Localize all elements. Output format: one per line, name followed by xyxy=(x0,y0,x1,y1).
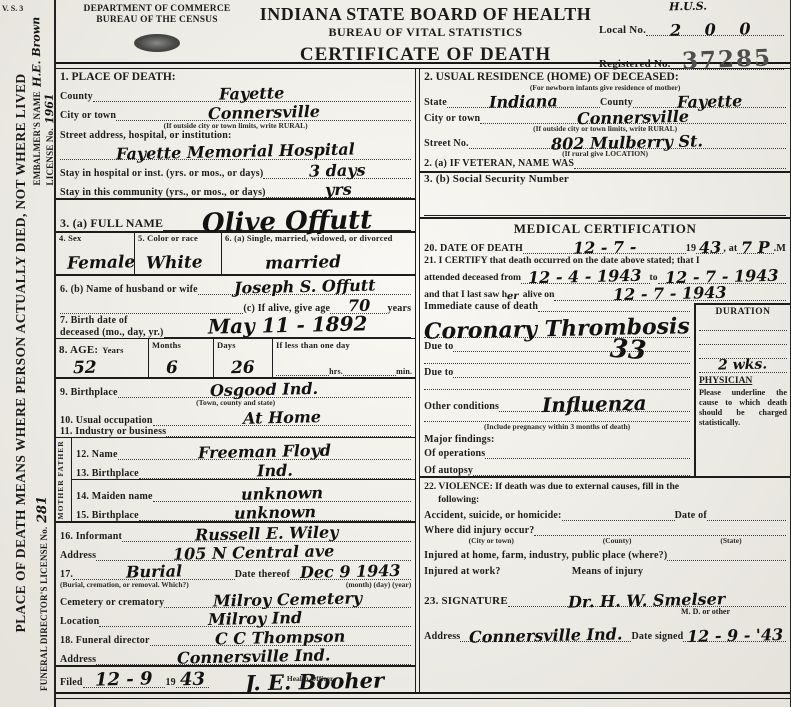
pregnancy-note: (Include pregnancy within 3 months of de… xyxy=(420,422,694,431)
form-body: 1. PLACE OF DEATH: County Fayette City o… xyxy=(56,69,790,692)
violence-title-a: 22. VIOLENCE: If death was due to extern… xyxy=(420,478,790,493)
code-scribble: 33 xyxy=(609,338,647,364)
age-months-cell: Months 6 xyxy=(149,339,214,377)
residence-street-row: Street No. 802 Mulberry St. xyxy=(420,133,790,149)
alive-units: years xyxy=(387,303,411,314)
director-row: 18. Funeral director C C Thompson xyxy=(56,627,415,646)
residence-city-value: Connersville xyxy=(577,110,689,127)
other-conditions-row: Other conditions Influenza xyxy=(420,390,694,412)
birthplace-label: 9. Birthplace xyxy=(60,387,118,398)
signature-label: 23. SIGNATURE xyxy=(424,595,508,607)
age-years-label: Years xyxy=(102,345,123,355)
dod-m-label: .M xyxy=(774,243,786,254)
burial-type-note: (Burial, cremation, or removal. Which?) xyxy=(60,580,189,589)
where-note-state: (State) xyxy=(720,536,741,545)
duration-other-value: 2 wks. xyxy=(699,359,787,373)
embalmer-name-line: EMBALMER'S NAME H.E. Brown xyxy=(30,17,43,185)
lastsaw-label-a: and that I last saw h xyxy=(424,288,507,301)
certificate-form: DEPARTMENT OF COMMERCE BUREAU OF THE CEN… xyxy=(54,0,791,707)
left-column: 1. PLACE OF DEATH: County Fayette City o… xyxy=(56,69,415,692)
filed-year-prefix: 19 xyxy=(165,677,175,688)
place-of-death-title: 1. PLACE OF DEATH: xyxy=(56,69,415,83)
cause-fields: Immediate cause of death Coronary Thromb… xyxy=(420,301,694,476)
operations-label: Of operations xyxy=(424,448,485,459)
local-no-value: 2 0 0 xyxy=(670,22,760,38)
parents-side-labels: FATHER MOTHER xyxy=(56,438,72,521)
duration-line-1 xyxy=(699,317,787,331)
age-years-cell: 8. AGE: Years 52 xyxy=(56,339,149,377)
cemetery-row: Cemetery or crematory Milroy Cemetery xyxy=(56,589,415,608)
informant-address-value: 105 N Central ave xyxy=(173,544,335,562)
due1-line2 xyxy=(420,352,694,364)
fd-license-label: FUNERAL DIRECTOR'S LICENSE No. xyxy=(39,527,49,691)
burial-row: 17. Burial Date thereof Dec 9 1943 xyxy=(56,561,415,580)
means-label: Means of injury xyxy=(572,566,643,577)
full-name-label: 3. (a) FULL NAME xyxy=(60,216,163,231)
filed-label: Filed xyxy=(60,677,83,688)
cemetery-label: Cemetery or crematory xyxy=(60,597,164,608)
local-no-label: Local No. xyxy=(599,24,646,36)
duration-line-2 xyxy=(699,331,787,345)
residence-street-value: 802 Mulberry St. xyxy=(551,134,703,152)
lastsaw-pronoun: er xyxy=(507,292,519,301)
county-value: Fayette xyxy=(219,86,285,102)
cause-label-row: Immediate cause of death xyxy=(420,301,694,312)
findings-row: Major findings: xyxy=(420,431,694,445)
father-side-label: FATHER xyxy=(56,438,71,480)
bureau-title: BUREAU OF VITAL STATISTICS xyxy=(252,25,599,40)
age-less-label: If less than one day xyxy=(276,340,412,350)
occupation-row: 10. Usual occupation At Home xyxy=(56,407,415,426)
street-label: Street address, hospital, or institution… xyxy=(60,130,232,141)
parents-fields: 12. Name Freeman Floyd 13. Birthplace In… xyxy=(72,438,415,521)
veteran-row: 2. (a) IF VETERAN, NAME WAS xyxy=(420,158,790,173)
dod-year-value: 43 xyxy=(698,241,721,256)
filed-year-value: 43 xyxy=(180,672,205,689)
signature-address-row: Address Connersville Ind. Date signed 12… xyxy=(420,616,790,642)
occupation-label: 10. Usual occupation xyxy=(60,415,153,426)
operations-row: Of operations xyxy=(420,445,694,459)
industry-row: 11. Industry or business xyxy=(56,426,415,438)
age-years-value: 52 xyxy=(73,360,97,376)
attended-label: attended deceased from xyxy=(424,271,521,284)
father-name-label: 12. Name xyxy=(76,449,118,460)
age-months-label: Months xyxy=(152,340,210,350)
residence-state-value: Indiana xyxy=(489,94,558,110)
accident-row: Accident, suicide, or homicide: Date of xyxy=(420,506,790,521)
birthdate-value: May 11 - 1892 xyxy=(208,314,368,335)
physician-note: Please underline the cause to which deat… xyxy=(699,388,787,428)
bottom-rule xyxy=(56,692,790,699)
other-conditions-label: Other conditions xyxy=(424,401,499,412)
right-column: 2. USUAL RESIDENCE (HOME) OF DECEASED: (… xyxy=(420,69,790,692)
duration-header: DURATION xyxy=(699,307,787,317)
occupation-value: At Home xyxy=(243,410,321,426)
registered-no-row: Registered No. 37285 xyxy=(599,42,784,70)
mother-birthplace-label: 15. Birthplace xyxy=(76,510,139,521)
residence-city-label: City or town xyxy=(424,113,480,124)
mother-side-label: MOTHER xyxy=(56,479,71,521)
residence-state-row: State Indiana County Fayette xyxy=(420,92,790,108)
embalmer-name-value: H.E. Brown xyxy=(31,17,42,87)
industry-label: 11. Industry or business xyxy=(60,426,166,437)
ssn-line-row xyxy=(420,207,790,219)
county-row: County Fayette xyxy=(56,83,415,102)
where-label: Where did injury occur? xyxy=(424,525,534,536)
burial-type-value: Burial xyxy=(126,564,182,580)
race-value: White xyxy=(146,256,203,272)
injured-where-row: Injured at home, farm, industry, public … xyxy=(420,545,790,561)
attended-row: attended deceased from 12 - 4 - 1943 to … xyxy=(420,267,790,284)
street-value-row: Fayette Memorial Hospital xyxy=(56,141,415,160)
findings-label: Major findings: xyxy=(424,434,494,445)
burial-location-label: Location xyxy=(60,616,99,627)
where-note-county: (County) xyxy=(603,536,632,545)
full-name-value: Olive Offutt xyxy=(202,210,373,237)
autopsy-label: Of autopsy xyxy=(424,465,473,476)
stay-community-label: Stay in this community (yrs., or mos., o… xyxy=(60,187,266,198)
filed-row: Filed 12 - 9 19 43 J. E. Booher Health O… xyxy=(56,667,415,692)
mother-name-value: unknown xyxy=(241,486,323,502)
dod-label: 20. DATE OF DEATH xyxy=(424,243,523,254)
street-value: Fayette Memorial Hospital xyxy=(116,143,355,162)
residence-state-label: State xyxy=(424,97,447,108)
stay-hospital-row: Stay in hospital or inst. (yrs. or mos.,… xyxy=(56,160,415,179)
burial-location-value: Milroy Ind xyxy=(208,611,302,627)
age-days-cell: Days 26 xyxy=(214,339,273,377)
director-address-row: Address Connersville Ind. xyxy=(56,646,415,667)
spouse-row: 6. (b) Name of husband or wife Joseph S.… xyxy=(56,276,415,295)
cause-value: Coronary Thrombosis xyxy=(424,317,690,342)
where-notes-row: (City or town) (County) (State) xyxy=(420,536,790,545)
title-block: INDIANA STATE BOARD OF HEALTH BUREAU OF … xyxy=(252,4,599,60)
dept-line2: BUREAU OF THE CENSUS xyxy=(62,15,252,26)
dod-year-prefix: 19 xyxy=(686,243,696,254)
birthdate-label-2: deceased (mo., day, yr.) xyxy=(60,327,164,338)
age-table: 8. AGE: Years 52 Months 6 Days 26 If les… xyxy=(56,339,415,379)
street-label-row: Street address, hospital, or institution… xyxy=(56,130,415,141)
local-no-row: Local No. 2 0 0 xyxy=(599,20,784,36)
director-address-value: Connersville Ind. xyxy=(177,648,331,666)
residence-street-label: Street No. xyxy=(424,138,469,149)
signature-row: 23. SIGNATURE Dr. H. W. Smelser xyxy=(420,577,790,607)
injured-where-label: Injured at home, farm, industry, public … xyxy=(424,550,667,561)
injured-work-label: Injured at work? xyxy=(424,566,500,577)
duration-box: DURATION 2 wks. PHYSICIAN Please underli… xyxy=(694,303,790,476)
injured-work-row: Injured at work? Means of injury xyxy=(420,561,790,577)
race-cell: 5. Color or race White xyxy=(135,233,222,273)
signature-address-label: Address xyxy=(424,631,460,642)
due2-label: Due to xyxy=(424,367,453,378)
burial-date-value: Dec 9 1943 xyxy=(300,564,401,580)
registered-no-stamp: 37285 xyxy=(682,44,773,74)
age-months-value: 6 xyxy=(166,361,178,377)
informant-value: Russell E. Wiley xyxy=(195,525,339,542)
funeral-director-license: FUNERAL DIRECTOR'S LICENSE No. 281 xyxy=(37,495,49,691)
violence-title-b: following: xyxy=(420,493,790,506)
director-label: 18. Funeral director xyxy=(60,635,150,646)
burial-number: 17. xyxy=(60,569,73,580)
health-officer-label: Health Officer xyxy=(287,674,333,683)
local-annotation: H.U.S. xyxy=(669,2,707,13)
ssn-label: 3. (b) Social Security Number xyxy=(424,173,569,185)
registration-block: H.U.S. Local No. 2 0 0 Registered No. 37… xyxy=(599,4,784,60)
stay-community-row: Stay in this community (yrs., or mos., o… xyxy=(56,179,415,200)
age-min-label: min. xyxy=(396,367,412,376)
death-certificate: V. S. 3 PLACE OF DEATH MEANS WHERE PERSO… xyxy=(0,0,791,707)
director-value: C C Thompson xyxy=(215,630,346,647)
mother-name-row: 14. Maiden name unknown xyxy=(72,480,415,502)
full-name-row: 3. (a) FULL NAME Olive Offutt xyxy=(56,200,415,233)
sex-cell: 4. Sex Female xyxy=(56,233,135,273)
attended-to-label: to xyxy=(650,271,658,284)
father-birthplace-label: 13. Birthplace xyxy=(76,468,139,479)
age-hrs-label: hrs. xyxy=(329,367,343,376)
sex-value: Female xyxy=(67,256,136,273)
dod-time-value: 7 P xyxy=(741,241,770,256)
department-block: DEPARTMENT OF COMMERCE BUREAU OF THE CEN… xyxy=(62,4,252,60)
veteran-label: 2. (a) IF VETERAN, NAME WAS xyxy=(424,158,574,169)
date-signed-label: Date signed xyxy=(631,631,683,642)
birthdate-row: 7. Birth date of deceased (mo., day, yr.… xyxy=(56,314,415,339)
age-less-cell: If less than one day hrs. min. xyxy=(273,339,415,377)
informant-address-label: Address xyxy=(60,550,96,561)
father-birthplace-value: Ind. xyxy=(257,464,293,479)
cause-label: Immediate cause of death xyxy=(424,301,538,312)
attended-from-value: 12 - 4 - 1943 xyxy=(528,269,642,286)
accident-label: Accident, suicide, or homicide: xyxy=(424,510,561,521)
physician-label: PHYSICIAN xyxy=(699,376,787,386)
form-header: DEPARTMENT OF COMMERCE BUREAU OF THE CEN… xyxy=(56,0,790,62)
stay-community-value: yrs xyxy=(325,183,352,198)
informant-address-row: Address 105 N Central ave xyxy=(56,542,415,561)
director-address-label: Address xyxy=(60,654,96,665)
cause-value-row: Coronary Thrombosis xyxy=(420,312,694,338)
other-conditions-value: Influenza xyxy=(542,394,647,414)
age-days-label: Days xyxy=(217,340,269,350)
dod-date-value: 12 - 7 - xyxy=(573,240,637,256)
father-name-value: Freeman Floyd xyxy=(198,444,331,461)
signature-address-value: Connersville Ind. xyxy=(469,627,623,645)
spouse-value: Joseph S. Offutt xyxy=(234,278,376,295)
stay-hospital-value: 3 days xyxy=(309,163,366,179)
dept-line1: DEPARTMENT OF COMMERCE xyxy=(62,4,252,15)
residence-county-label: County xyxy=(600,97,633,108)
mother-birthplace-value: unknown xyxy=(234,505,316,521)
lastsaw-label-b: alive on xyxy=(519,288,555,301)
father-name-row: 12. Name Freeman Floyd xyxy=(72,438,415,460)
embalmer-name-label: EMBALMER'S NAME xyxy=(32,91,42,185)
dateof-label: Date of xyxy=(675,510,707,521)
where-note-city: (City or town) xyxy=(469,536,514,545)
birthplace-row: 9. Birthplace Osgood Ind. xyxy=(56,379,415,398)
mother-name-label: 14. Maiden name xyxy=(76,491,153,502)
health-officer-block: J. E. Booher Health Officer xyxy=(209,670,411,688)
ssn-row: 3. (b) Social Security Number xyxy=(420,173,790,207)
cause-section: Immediate cause of death Coronary Thromb… xyxy=(420,301,790,478)
cemetery-value: Milroy Cemetery xyxy=(213,591,362,609)
marital-value: married xyxy=(265,255,341,272)
spouse-label: 6. (b) Name of husband or wife xyxy=(60,284,198,295)
due2-line2 xyxy=(420,378,694,390)
burial-date-label: Date thereof xyxy=(235,569,290,580)
board-title: INDIANA STATE BOARD OF HEALTH xyxy=(252,4,599,25)
filed-date-value: 12 - 9 xyxy=(95,671,153,688)
birthplace-value: Osgood Ind. xyxy=(210,382,318,399)
informant-label: 16. Informant xyxy=(60,531,122,542)
registered-no-label: Registered No. xyxy=(599,58,671,70)
parents-section: FATHER MOTHER 12. Name Freeman Floyd 13.… xyxy=(56,438,415,523)
autopsy-row: Of autopsy xyxy=(420,459,694,476)
date-of-death-row: 20. DATE OF DEATH 12 - 7 - 19 43 , at 7 … xyxy=(420,238,790,254)
date-signed-value: 12 - 9 - '43 xyxy=(686,628,782,644)
city-label: City or town xyxy=(60,110,116,121)
due2-row: Due to xyxy=(420,364,694,378)
burial-location-row: Location Milroy Ind xyxy=(56,608,415,627)
county-label: County xyxy=(60,91,93,102)
mother-birthplace-row: 15. Birthplace unknown xyxy=(72,502,415,521)
where-row: Where did injury occur? xyxy=(420,521,790,536)
stay-hospital-label: Stay in hospital or inst. (yrs. or mos.,… xyxy=(60,168,263,179)
birthdate-label-1: 7. Birth date of xyxy=(60,315,128,326)
margin-licenses: FUNERAL DIRECTOR'S LICENSE No. 281 EMBAL… xyxy=(29,9,57,699)
census-seal-stamp-icon xyxy=(134,34,180,52)
marital-cell: 6. (a) Single, married, widowed, or divo… xyxy=(222,233,415,273)
dod-at-label: , at xyxy=(723,243,737,254)
age-label: 8. AGE: xyxy=(59,344,98,356)
embalmer-info: EMBALMER'S NAME H.E. Brown LICENSE No. 1… xyxy=(30,17,56,185)
medical-certification-title: MEDICAL CERTIFICATION xyxy=(420,219,790,238)
city-row: City or town Connersville xyxy=(56,102,415,121)
age-days-value: 26 xyxy=(231,360,255,376)
informant-row: 16. Informant Russell E. Wiley xyxy=(56,523,415,542)
fd-license-value: 281 xyxy=(37,495,49,522)
lastsaw-row: and that I last saw h er alive on 12 - 7… xyxy=(420,284,790,301)
sex-label: 4. Sex xyxy=(59,234,131,244)
sex-race-marital-row: 4. Sex Female 5. Color or race White 6. … xyxy=(56,233,415,275)
city-value: Connersville xyxy=(208,105,320,122)
signature-value: Dr. H. W. Smelser xyxy=(568,592,725,610)
father-birthplace-row: 13. Birthplace Ind. xyxy=(72,460,415,480)
